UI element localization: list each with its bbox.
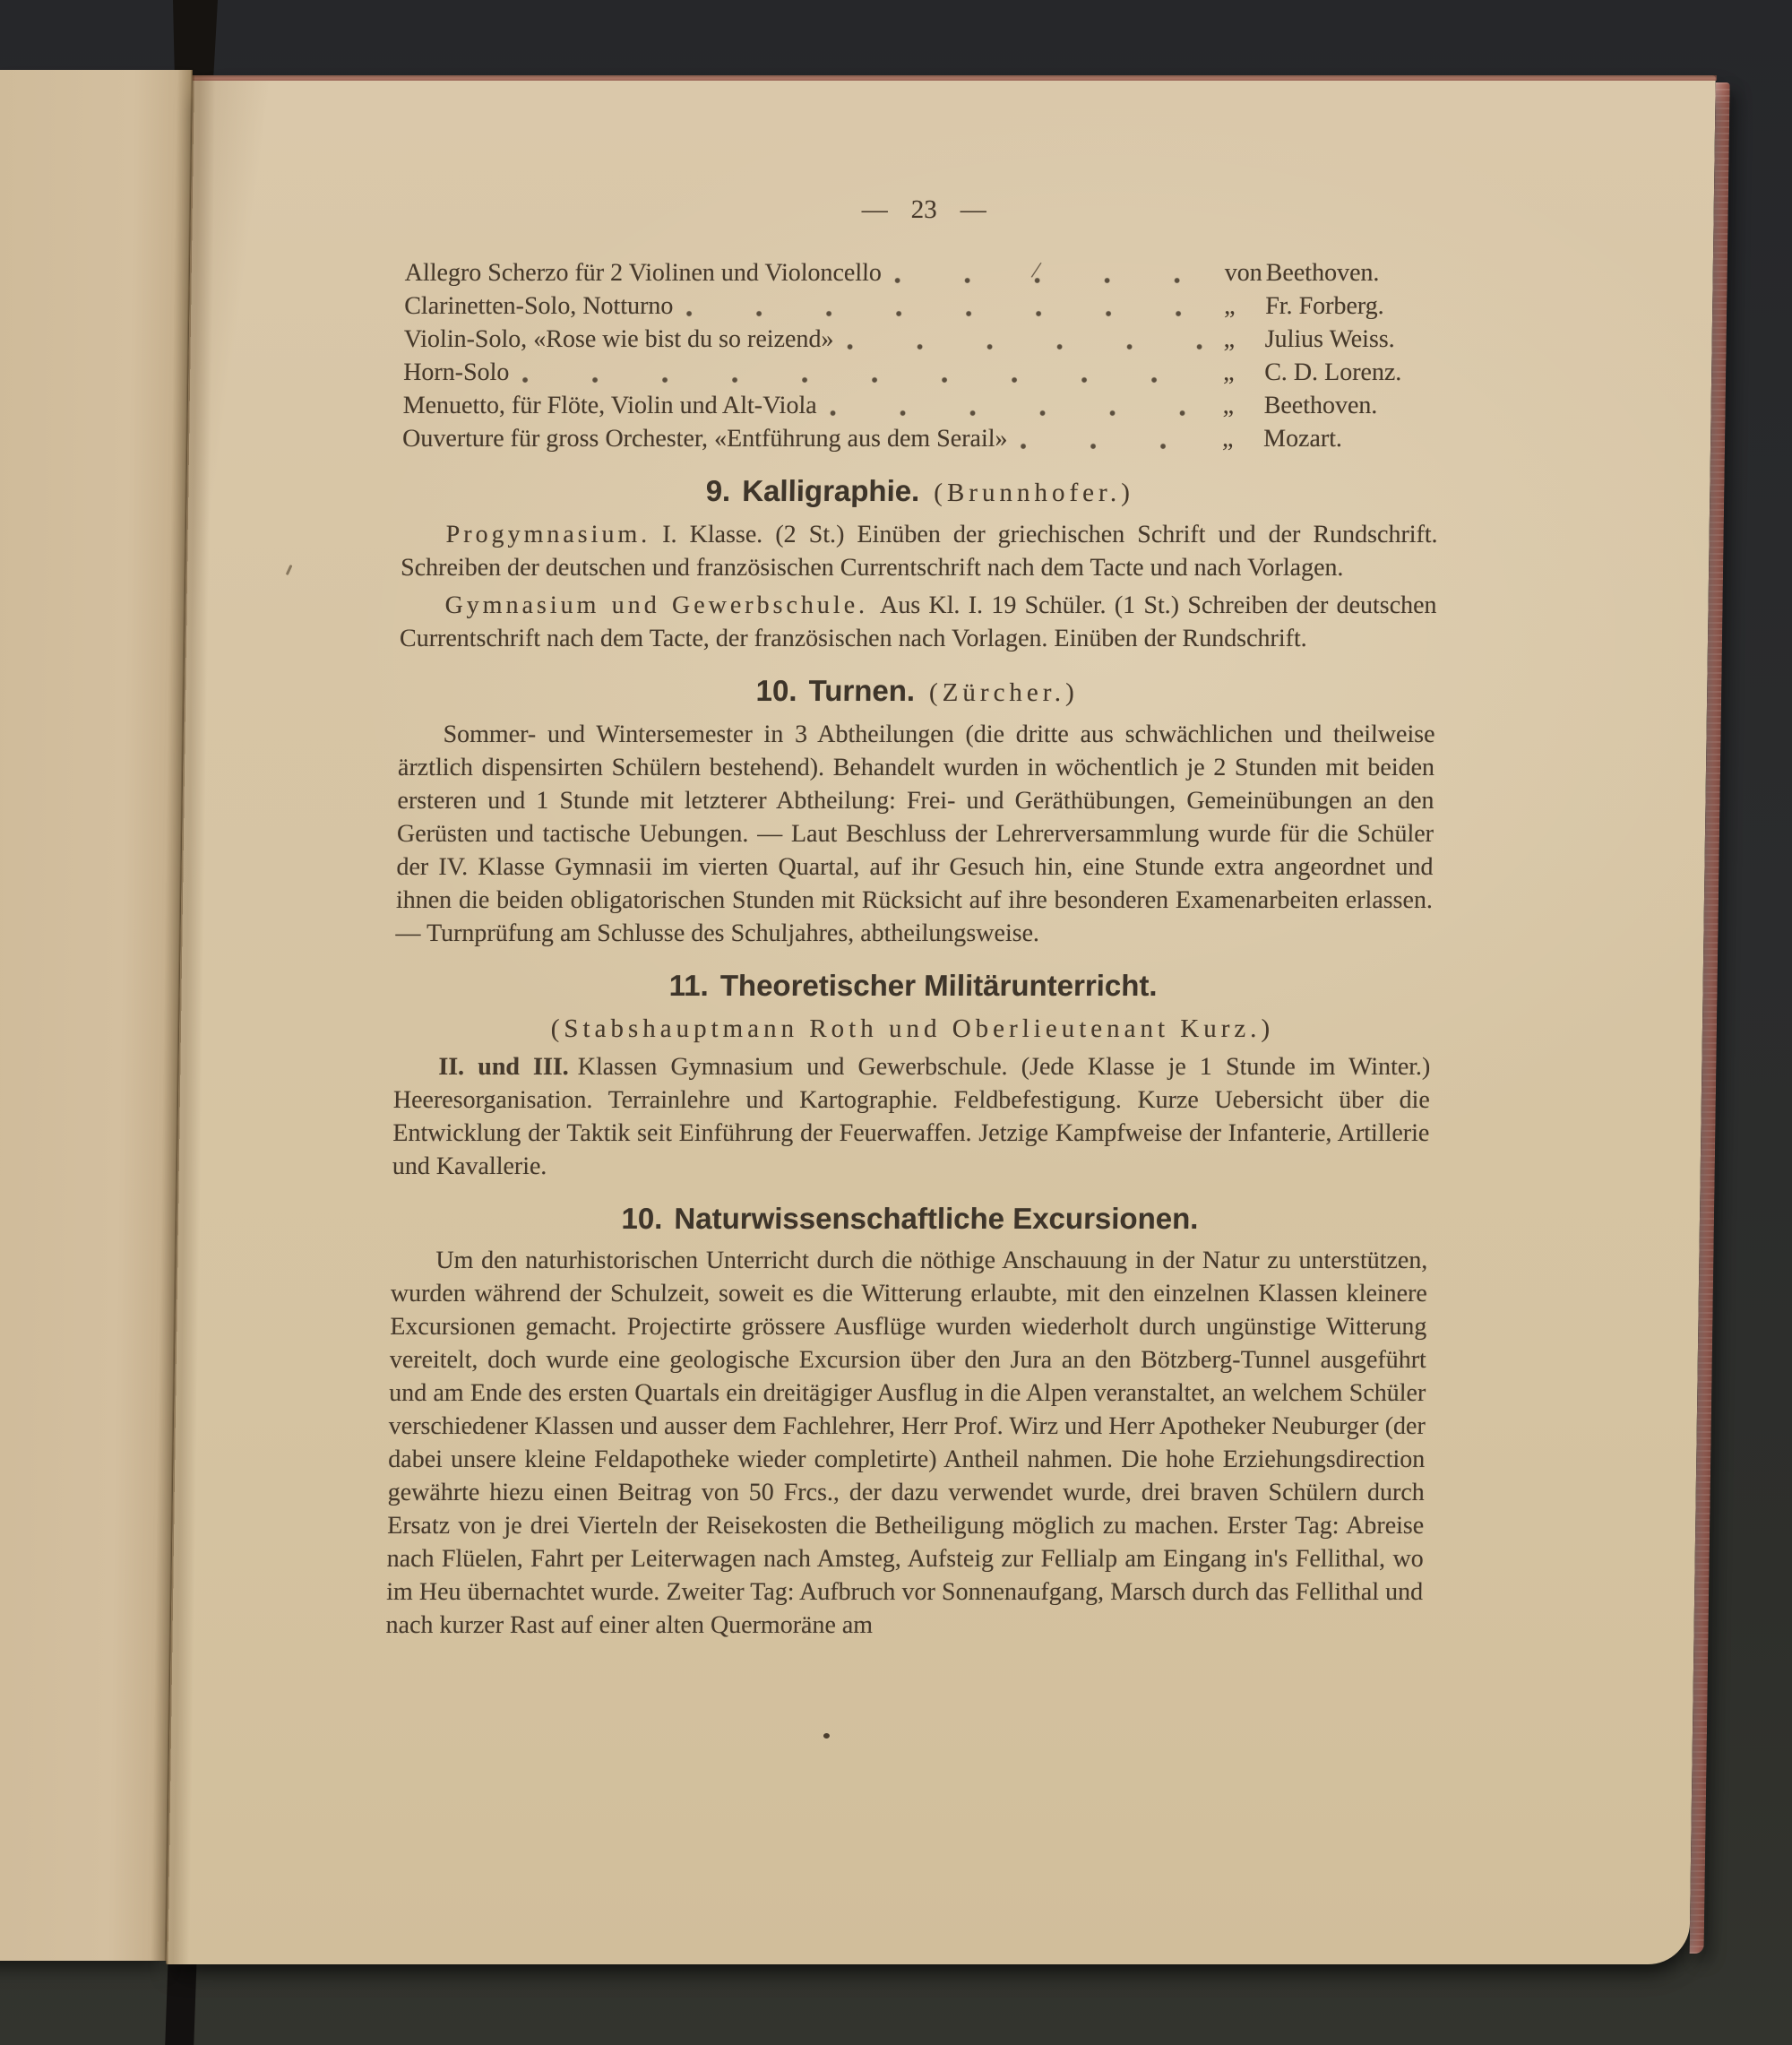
music-program-row: Clarinetten-Solo, Notturno „ Fr. Forberg…: [404, 289, 1442, 323]
composer-attribution: „: [1211, 422, 1264, 455]
dot-leader: [829, 389, 1209, 422]
section-number: 10.: [621, 1202, 662, 1235]
dot-leader: [1020, 422, 1208, 455]
section-subheading: (Stabshauptmann Roth und Oberlieutenant …: [394, 1011, 1432, 1047]
ink-speck: [823, 1733, 830, 1739]
music-program-row: Allegro Scherzo für 2 Violinen und Violo…: [404, 256, 1442, 289]
paragraph: Um den naturhistorischen Unterricht durc…: [385, 1244, 1427, 1642]
left-page-edge: [0, 70, 193, 1961]
composer-name: Julius Weiss.: [1264, 323, 1441, 356]
section-kalligraphie: 9.Kalligraphie.(Brunnhofer.) Progymnasiu…: [400, 471, 1439, 655]
section-heading: 11.Theoretischer Militärunterricht.: [394, 966, 1432, 1005]
section-number: 10.: [755, 674, 797, 707]
section-number: 9.: [705, 474, 730, 507]
composer-attribution: „: [1212, 323, 1265, 356]
composer-attribution: von: [1213, 256, 1266, 289]
paragraph: Gymnasium und Gewerbschule.Aus Kl. I. 19…: [400, 589, 1437, 655]
composer-name: Fr. Forberg.: [1265, 289, 1442, 323]
stray-pen-mark: /: [1030, 254, 1045, 288]
paragraph: Progymnasium.I. Klasse. (2 St.) Einüben …: [401, 518, 1438, 584]
header-dash-right: —: [961, 195, 986, 224]
piece-title: Ouverture für gross Orchester, «Entführu…: [402, 422, 1008, 455]
section-title: Naturwissenschaftliche Excursionen.: [674, 1202, 1199, 1235]
page-number: 23: [911, 195, 937, 224]
section-heading: 10.Naturwissenschaftliche Excursionen.: [392, 1199, 1429, 1238]
composer-attribution: „: [1213, 289, 1266, 323]
right-page: —23— Allegro Scherzo für 2 Violinen und …: [166, 75, 1715, 1964]
paragraph-lead: Progymnasium.: [445, 521, 650, 548]
paragraph-text: Sommer- und Wintersemester in 3 Abtheilu…: [395, 720, 1435, 947]
book-page-scan: —23— Allegro Scherzo für 2 Violinen und …: [0, 0, 1792, 2045]
ink-speck-small: [286, 565, 293, 575]
dot-leader: [685, 289, 1210, 323]
music-program-list: Allegro Scherzo für 2 Violinen und Violo…: [402, 256, 1442, 455]
dot-leader: /: [894, 256, 1210, 289]
section-heading: 10.Turnen.(Zürcher.): [399, 671, 1436, 712]
piece-title: Clarinetten-Solo, Notturno: [404, 289, 674, 323]
section-militaerunterricht: 11.Theoretischer Militärunterricht. (Sta…: [392, 966, 1432, 1183]
paragraph: Sommer- und Wintersemester in 3 Abtheilu…: [395, 718, 1435, 950]
section-teacher: (Brunnhofer.): [934, 479, 1134, 507]
composer-name: Beethoven.: [1263, 389, 1440, 422]
piece-title: Allegro Scherzo für 2 Violinen und Violo…: [404, 256, 882, 289]
section-turnen: 10.Turnen.(Zürcher.) Sommer- und Winters…: [395, 671, 1435, 950]
section-heading: 9.Kalligraphie.(Brunnhofer.): [401, 471, 1439, 513]
composer-attribution: „: [1212, 356, 1265, 389]
piece-title: Horn-Solo: [403, 356, 510, 389]
paragraph: II. und III.Klassen Gymnasium und Gewerb…: [392, 1050, 1431, 1183]
page-number-header: —23—: [405, 194, 1443, 227]
dot-leader: [521, 356, 1209, 389]
composer-name: C. D. Lorenz.: [1264, 356, 1441, 389]
section-title: Kalligraphie.: [742, 474, 920, 507]
music-program-row: Ouverture für gross Orchester, «Entführu…: [402, 422, 1440, 455]
piece-title: Violin-Solo, «Rose wie bist du so reizen…: [403, 323, 833, 356]
section-number: 11.: [668, 969, 709, 1002]
header-dash-left: —: [862, 195, 888, 224]
paragraph-text: Um den naturhistorischen Unterricht durc…: [385, 1247, 1427, 1639]
composer-attribution: „: [1211, 389, 1264, 422]
dot-leader: [846, 323, 1210, 356]
section-teacher: (Zürcher.): [929, 678, 1079, 707]
music-program-row: Menuetto, für Flöte, Violin und Alt-Viol…: [402, 389, 1440, 422]
open-book: —23— Allegro Scherzo für 2 Violinen und …: [0, 0, 1792, 2045]
music-program-row: Violin-Solo, «Rose wie bist du so reizen…: [403, 323, 1441, 356]
composer-name: Mozart.: [1263, 422, 1440, 455]
music-program-row: Horn-Solo „ C. D. Lorenz.: [403, 356, 1441, 389]
paragraph-lead: Gymnasium und Gewerbschule.: [444, 591, 868, 619]
paragraph-lead-bold: II. und III.: [438, 1053, 569, 1081]
page-content: —23— Allegro Scherzo für 2 Violinen und …: [385, 75, 1443, 1646]
piece-title: Menuetto, für Flöte, Violin und Alt-Viol…: [402, 389, 817, 422]
section-title: Theoretischer Militärunterricht.: [720, 969, 1158, 1002]
composer-name: Beethoven.: [1265, 256, 1442, 289]
section-excursionen: 10.Naturwissenschaftliche Excursionen. U…: [385, 1199, 1428, 1642]
section-title: Turnen.: [808, 674, 915, 707]
